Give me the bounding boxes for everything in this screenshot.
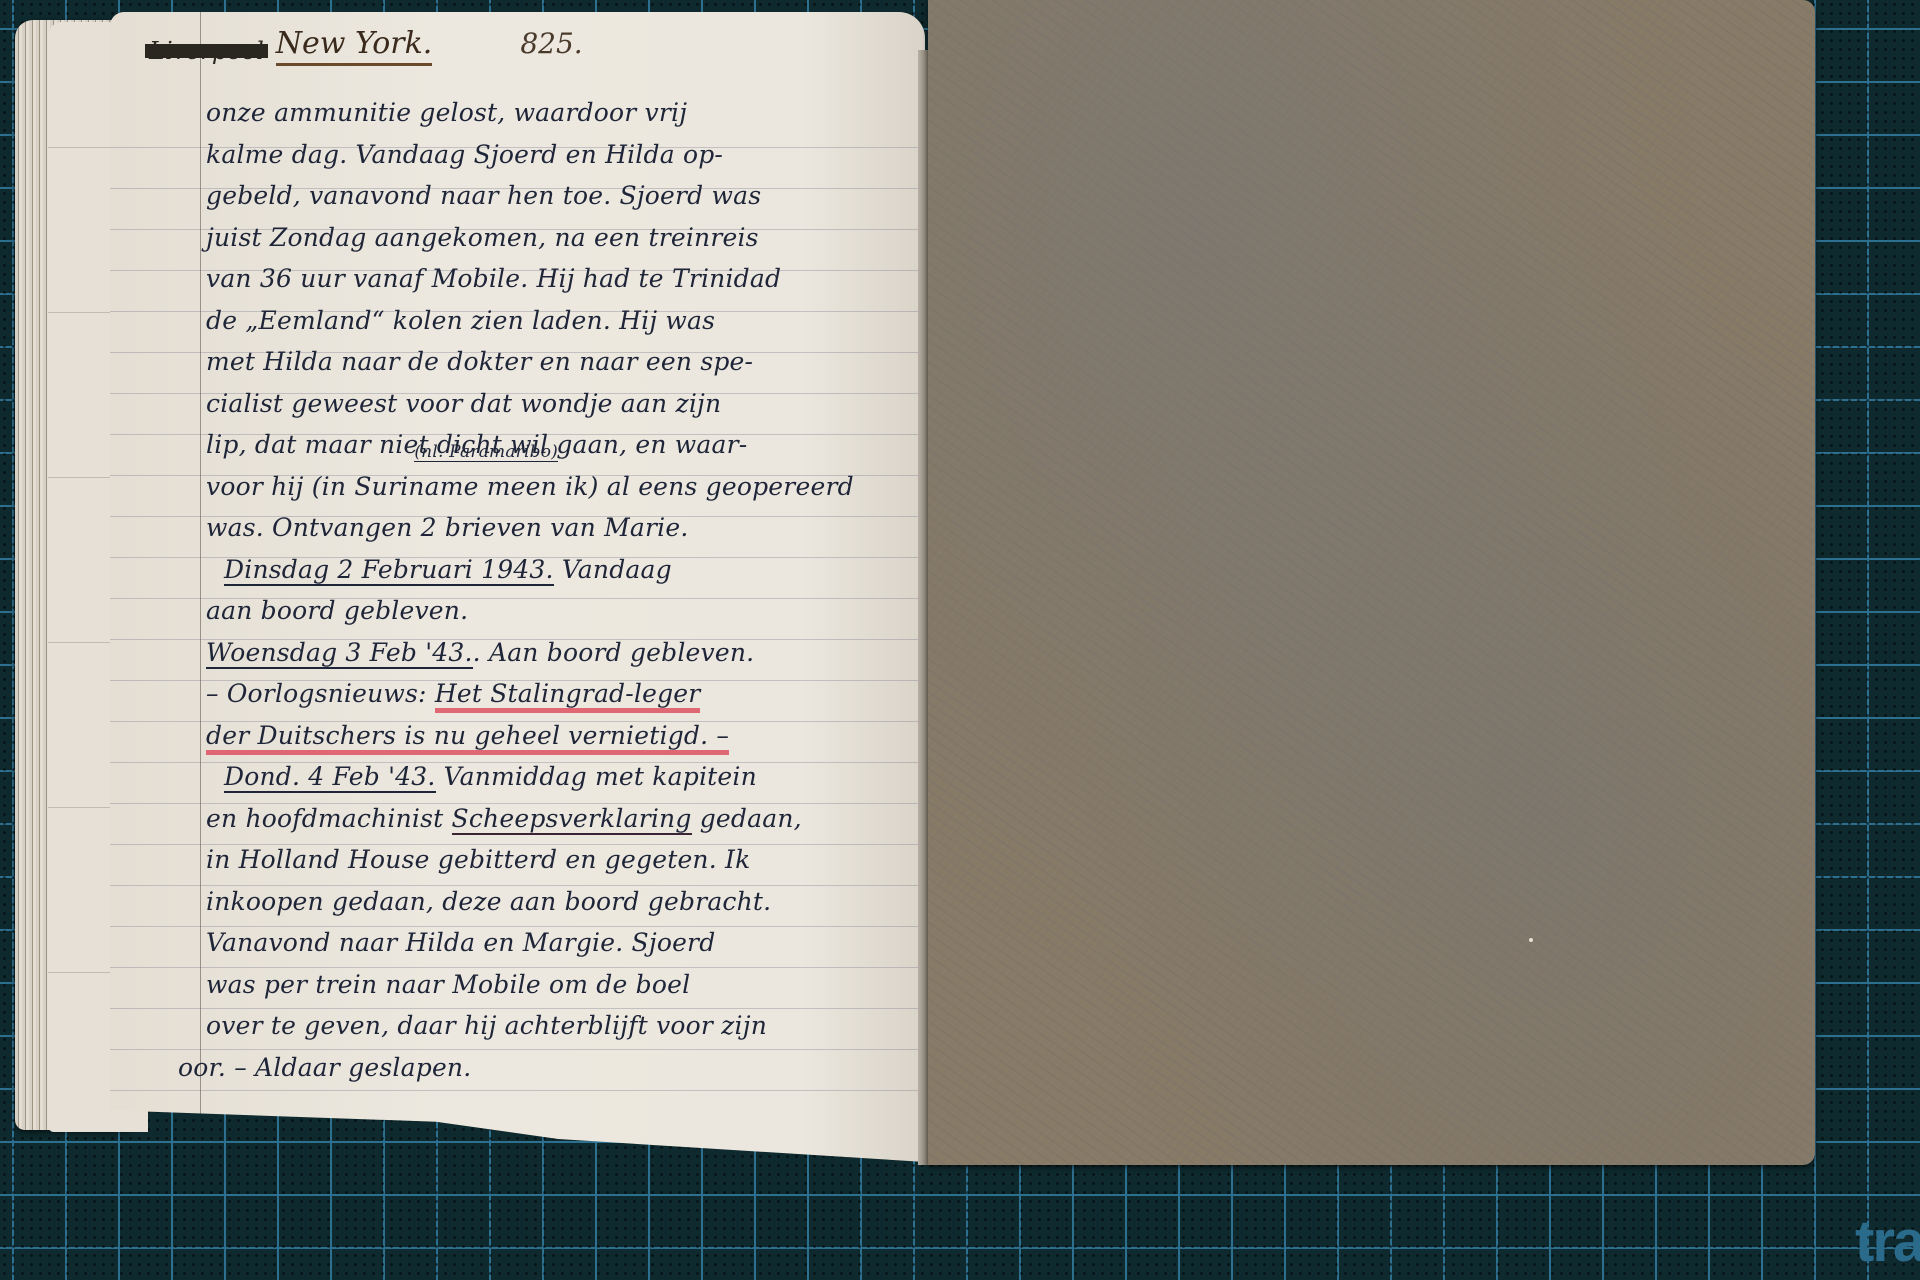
- text-line: oor. – Aldaar geslapen.: [178, 1047, 906, 1089]
- text-segment: Vandaag: [554, 555, 672, 584]
- text-segment: ik) al eens geopereerd: [557, 472, 854, 501]
- date-entry-line: Dinsdag 2 Februari 1943. Vandaag: [206, 549, 906, 591]
- text-segment: . Aan boord gebleven.: [473, 638, 755, 667]
- text-line: met Hilda naar de dokter en naar een spe…: [206, 341, 906, 383]
- text-line: was. Ontvangen 2 brieven van Marie.: [206, 507, 906, 549]
- text-line: over te geven, daar hij achterblijft voo…: [206, 1005, 906, 1047]
- paper-speck: [1529, 938, 1533, 942]
- place-heading: New York.: [276, 26, 433, 66]
- text-segment: gedaan,: [692, 804, 802, 833]
- text-segment: en hoofdmachinist: [206, 804, 452, 833]
- text-line: Vanavond naar Hilda en Margie. Sjoerd: [206, 922, 906, 964]
- text-line: de „Eemland“ kolen zien laden. Hij was: [206, 300, 906, 342]
- red-underlined-text: der Duitschers is nu geheel vernietigd. …: [206, 721, 729, 755]
- page-number: 825.: [520, 27, 582, 60]
- entry-date: Woensdag 3 Feb '43.: [206, 638, 473, 669]
- war-news-line: der Duitschers is nu geheel vernietigd. …: [206, 715, 906, 757]
- date-entry-line: Dond. 4 Feb '43. Vanmiddag met kapitein: [206, 756, 906, 798]
- mat-logo-text: tra: [1855, 1208, 1920, 1275]
- text-line: gebeld, vanavond naar hen toe. Sjoerd wa…: [206, 175, 906, 217]
- margin-line: [200, 12, 201, 1122]
- text-line: in Holland House gebitterd en gegeten. I…: [206, 839, 906, 881]
- crossed-out-place: Liverpool: [145, 44, 268, 58]
- journal-text: onze ammunitie gelost, waardoor vrij kal…: [206, 92, 906, 1088]
- war-news-line: – Oorlogsnieuws: Het Stalingrad-leger: [206, 673, 906, 715]
- text-line: van 36 uur vanaf Mobile. Hij had te Trin…: [206, 258, 906, 300]
- text-segment: – Oorlogsnieuws:: [206, 679, 435, 708]
- page-header: Liverpool New York. 825.: [145, 26, 583, 66]
- red-underlined-text: Het Stalingrad-leger: [435, 679, 701, 713]
- left-journal-page: Liverpool New York. 825. onze ammunitie …: [110, 12, 925, 1162]
- text-line-with-interlinear-note: voor hij (in Suriname meen(nl. Paramarib…: [206, 466, 906, 508]
- date-entry-line: Woensdag 3 Feb '43.. Aan boord gebleven.: [206, 632, 906, 674]
- text-segment: voor hij (in: [206, 472, 354, 501]
- entry-date: Dinsdag 2 Februari 1943.: [224, 555, 554, 586]
- text-line: was per trein naar Mobile om de boel: [206, 964, 906, 1006]
- text-line: inkoopen gedaan, deze aan boord gebracht…: [206, 881, 906, 923]
- text-line: juist Zondag aangekomen, na een treinrei…: [206, 217, 906, 259]
- text-segment: Suriname meen: [354, 472, 557, 501]
- text-line: kalme dag. Vandaag Sjoerd en Hilda op-: [206, 134, 906, 176]
- right-endpaper-page: [928, 0, 1815, 1165]
- text-line: aan boord gebleven.: [206, 590, 906, 632]
- interlinear-word: Suriname meen(nl. Paramaribo): [354, 466, 557, 508]
- text-segment: Vanmiddag met kapitein: [436, 762, 757, 791]
- underlined-word: Scheepsverklaring: [452, 804, 692, 835]
- text-line: onze ammunitie gelost, waardoor vrij: [206, 92, 906, 134]
- interlinear-note: (nl. Paramaribo): [414, 444, 558, 462]
- text-line: en hoofdmachinist Scheepsverklaring geda…: [206, 798, 906, 840]
- entry-date: Dond. 4 Feb '43.: [224, 762, 436, 793]
- text-line: cialist geweest voor dat wondje aan zijn: [206, 383, 906, 425]
